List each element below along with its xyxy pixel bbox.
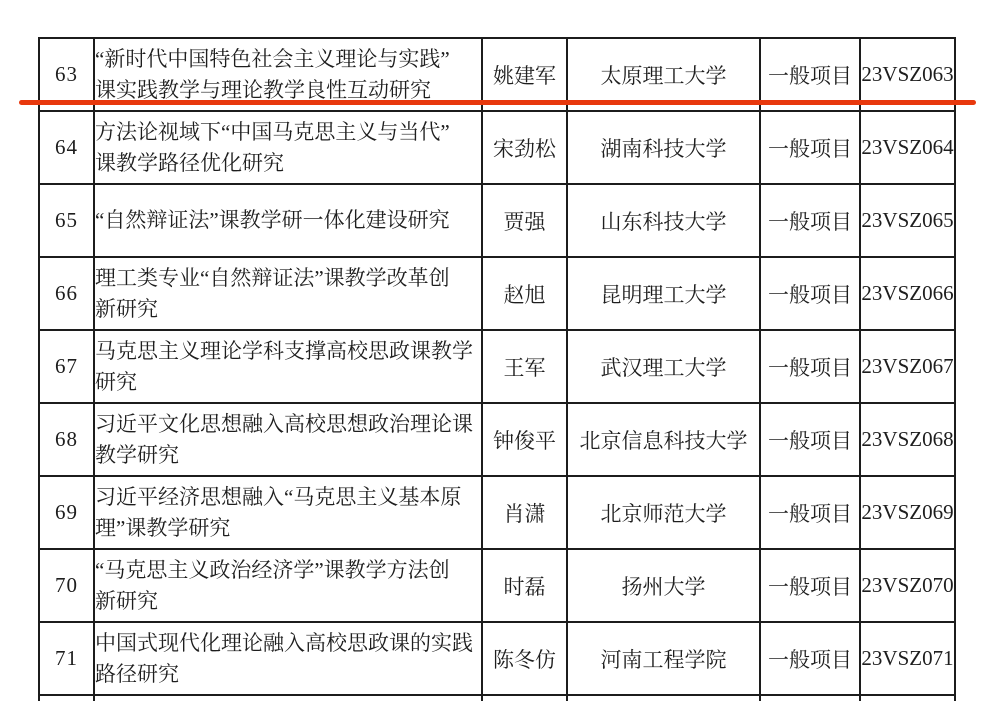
project-code: 23VSZ070	[860, 549, 955, 622]
project-code: 23VSZ064	[860, 111, 955, 184]
table-row: 67 马克思主义理论学科支撑高校思政课教学 研究 王军 武汉理工大学 一般项目 …	[39, 330, 955, 403]
institution: 山东科技大学	[567, 184, 760, 257]
leader-name: 钟俊平	[482, 403, 567, 476]
institution: 北京信息科技大学	[567, 403, 760, 476]
project-title: 中国式现代化理论融入高校思政课的实践 路径研究	[94, 622, 482, 695]
serial-number: 71	[39, 622, 94, 695]
table-row: 64 方法论视域下“中国马克思主义与当代” 课教学路径优化研究 宋劲松 湖南科技…	[39, 111, 955, 184]
table-row: 71 中国式现代化理论融入高校思政课的实践 路径研究 陈冬仿 河南工程学院 一般…	[39, 622, 955, 695]
serial-number: 65	[39, 184, 94, 257]
institution: 湖南科技大学	[567, 111, 760, 184]
project-title: 习近平经济思想融入“马克思主义基本原 理”课教学研究	[94, 476, 482, 549]
project-title: “自然辩证法”课教学研一体化建设研究	[94, 184, 482, 257]
leader-name: 王军	[482, 330, 567, 403]
project-code: 23VSZ067	[860, 330, 955, 403]
project-code: 23VSZ066	[860, 257, 955, 330]
project-title: 理工类专业“自然辩证法”课教学改革创 新研究	[94, 257, 482, 330]
project-code: 23VSZ068	[860, 403, 955, 476]
serial-number: 64	[39, 111, 94, 184]
serial-number: 68	[39, 403, 94, 476]
table-row: 70 “马克思主义政治经济学”课教学方法创 新研究 时磊 扬州大学 一般项目 2…	[39, 549, 955, 622]
table-row: 66 理工类专业“自然辩证法”课教学改革创 新研究 赵旭 昆明理工大学 一般项目…	[39, 257, 955, 330]
project-category: 一般项目	[760, 476, 860, 549]
project-title: “马克思主义政治经济学”课教学方法创 新研究	[94, 549, 482, 622]
leader-name: 贾强	[482, 184, 567, 257]
projects-table: 63 “新时代中国特色社会主义理论与实践” 课实践教学与理论教学良性互动研究 姚…	[38, 37, 956, 701]
project-category: 一般项目	[760, 622, 860, 695]
table-row: 65 “自然辩证法”课教学研一体化建设研究 贾强 山东科技大学 一般项目 23V…	[39, 184, 955, 257]
cutoff-row	[39, 695, 955, 701]
leader-name: 肖潇	[482, 476, 567, 549]
project-category: 一般项目	[760, 403, 860, 476]
institution: 昆明理工大学	[567, 257, 760, 330]
serial-number: 66	[39, 257, 94, 330]
leader-name: 赵旭	[482, 257, 567, 330]
project-category: 一般项目	[760, 257, 860, 330]
project-code: 23VSZ065	[860, 184, 955, 257]
leader-name: 时磊	[482, 549, 567, 622]
project-code: 23VSZ069	[860, 476, 955, 549]
project-title: 马克思主义理论学科支撑高校思政课教学 研究	[94, 330, 482, 403]
leader-name: 宋劲松	[482, 111, 567, 184]
document-page: 63 “新时代中国特色社会主义理论与实践” 课实践教学与理论教学良性互动研究 姚…	[0, 0, 994, 701]
institution: 北京师范大学	[567, 476, 760, 549]
project-title: 习近平文化思想融入高校思想政治理论课 教学研究	[94, 403, 482, 476]
serial-number: 70	[39, 549, 94, 622]
serial-number: 69	[39, 476, 94, 549]
table-row: 69 习近平经济思想融入“马克思主义基本原 理”课教学研究 肖潇 北京师范大学 …	[39, 476, 955, 549]
project-title: 方法论视域下“中国马克思主义与当代” 课教学路径优化研究	[94, 111, 482, 184]
leader-name: 陈冬仿	[482, 622, 567, 695]
project-code: 23VSZ071	[860, 622, 955, 695]
table-row: 68 习近平文化思想融入高校思想政治理论课 教学研究 钟俊平 北京信息科技大学 …	[39, 403, 955, 476]
institution: 扬州大学	[567, 549, 760, 622]
institution: 武汉理工大学	[567, 330, 760, 403]
project-category: 一般项目	[760, 184, 860, 257]
institution: 河南工程学院	[567, 622, 760, 695]
project-category: 一般项目	[760, 330, 860, 403]
highlight-underline	[19, 100, 976, 105]
project-category: 一般项目	[760, 111, 860, 184]
project-category: 一般项目	[760, 549, 860, 622]
serial-number: 67	[39, 330, 94, 403]
